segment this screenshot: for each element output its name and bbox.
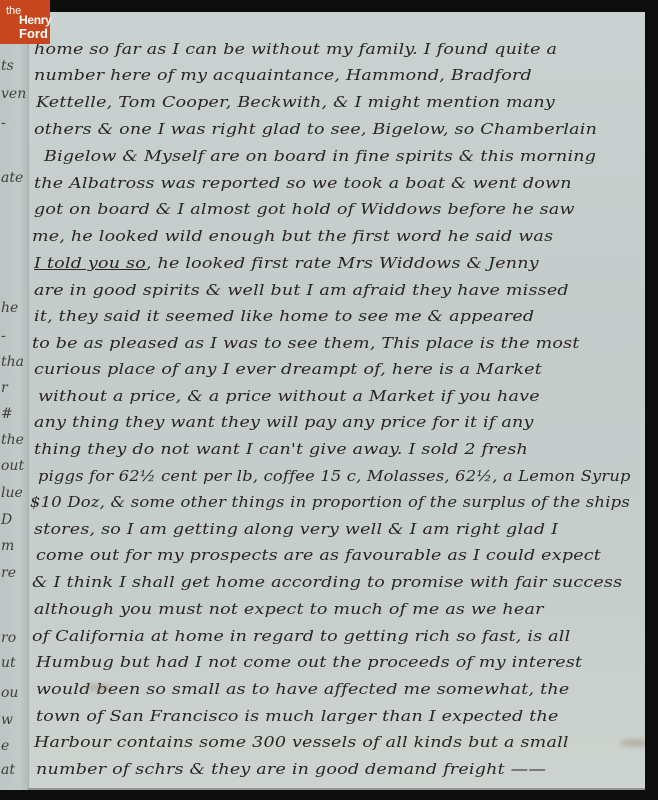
letter-line: the Albatross was reported so we took a … [34,174,572,192]
letter-line: Humbug but had I not come out the procee… [36,653,582,671]
margin-fragment: - [1,115,6,131]
henry-ford-logo[interactable]: the Henry Ford [0,0,50,44]
letter-line: it, they said it seemed like home to see… [34,307,534,325]
letter-line: home so far as I can be without my famil… [34,40,557,58]
letter-line: number of schrs & they are in good deman… [36,760,546,778]
letter-line: come out for my prospects are as favoura… [36,546,601,564]
paper-edge [28,788,645,790]
ink-stain [85,684,111,691]
letter-line: & I think I shall get home according to … [32,573,622,591]
letter-line: to be as pleased as I was to see them, T… [32,334,580,352]
letter-line: without a price, & a price without a Mar… [38,387,540,405]
margin-text-fragments: eintsven-atehe-thar#theoutlueDmreroutouw… [0,12,28,790]
margin-fragment: ven [1,86,26,102]
letter-line: Kettelle, Tom Cooper, Beckwith, & I migh… [36,93,555,111]
logo-text-ford: Ford [19,27,48,40]
margin-fragment: ut [1,655,16,671]
margin-fragment: ate [1,170,23,186]
margin-fragment: re [1,565,16,581]
margin-fragment: w [1,712,13,728]
ink-stain [620,739,645,747]
letter-page: eintsven-atehe-thar#theoutlueDmreroutouw… [0,12,645,790]
letter-line: thing they do not want I can't give away… [34,440,528,458]
margin-fragment: ts [1,58,14,74]
letter-line: others & one I was right glad to see, Bi… [34,120,597,138]
margin-fragment: he [1,300,18,316]
letter-line: although you must not expect to much of … [34,600,544,618]
letter-line: would been so small as to have affected … [36,680,569,698]
underlined-phrase: I told you so [34,254,146,272]
letter-line: stores, so I am getting along very well … [34,520,558,538]
letter-line: me, he looked wild enough but the first … [32,227,553,245]
margin-fragment: # [1,406,13,422]
margin-fragment: out [1,458,24,474]
letter-line: I told you so, he looked first rate Mrs … [34,254,539,272]
logo-text-henry: Henry [19,14,52,26]
letter-line: number here of my acquaintance, Hammond,… [34,66,532,84]
margin-fragment: tha [1,354,24,370]
letter-line: any thing they want they will pay any pr… [34,413,534,431]
margin-fragment: lue [1,485,23,501]
letter-line: got on board & I almost got hold of Widd… [34,200,575,218]
letter-line: of California at home in regard to getti… [32,627,570,645]
letter-line: Harbour contains some 300 vessels of all… [34,733,569,751]
margin-fragment: - [1,328,6,344]
margin-fragment: the [1,432,24,448]
letter-line: are in good spirits & well but I am afra… [34,281,569,299]
margin-fragment: ro [1,630,16,646]
letter-line-rest: , he looked first rate Mrs Widdows & Jen… [146,254,539,272]
margin-fragment: e [1,738,9,754]
margin-fragment: ou [1,685,18,701]
margin-fragment: r [1,380,8,396]
margin-fragment: at [1,762,15,778]
letter-line: piggs for 62½ cent per lb, coffee 15 c, … [38,467,631,485]
letter-line: $10 Doz, & some other things in proporti… [30,493,630,511]
margin-fragment: D [1,512,12,528]
letter-line: Bigelow & Myself are on board in fine sp… [44,147,596,165]
letter-line: town of San Francisco is much larger tha… [36,707,559,725]
margin-fragment: m [1,538,14,554]
letter-line: curious place of any I ever dreampt of, … [34,360,542,378]
